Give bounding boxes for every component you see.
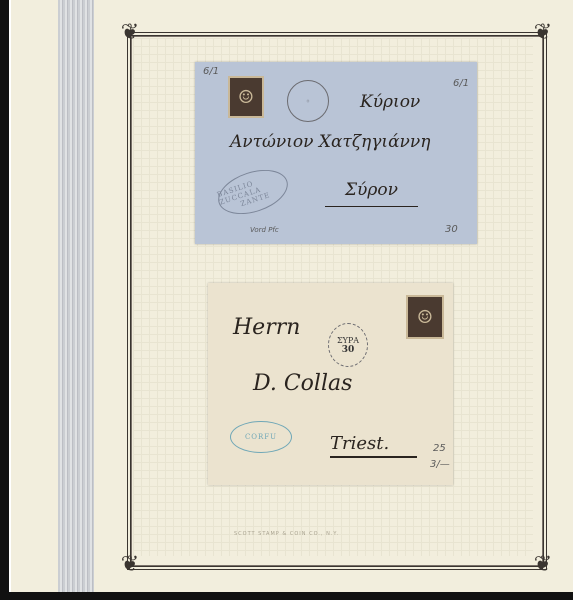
circular-datestamp: ◦ (287, 80, 329, 122)
album-imprint: SCOTT STAMP & COIN CO., N.Y. (0, 531, 573, 537)
binding-ribbon (58, 0, 94, 592)
address-line: Triest. (330, 433, 417, 458)
pencil-note: 3/— (430, 459, 450, 470)
corner-ornament-icon: ❦ (528, 550, 558, 580)
oval-cachet: BASILIO ZUCCALA ZANTE (213, 162, 294, 222)
address-line: Αντώνιον Χατζηγιάννη (230, 132, 430, 152)
address-line: Κύριον (360, 92, 420, 112)
hermes-head-stamp: ☺ (228, 76, 264, 118)
corner-ornament-icon: ❦ (115, 550, 145, 580)
corner-ornament-icon: ❦ (528, 18, 558, 48)
pencil-note: Vord Pfc (250, 226, 279, 234)
cancel-text: 30 (342, 345, 355, 355)
pencil-note: 6/1 (453, 78, 469, 89)
oval-cachet: CORFU (230, 421, 292, 453)
corner-ornament-icon: ❦ (115, 18, 145, 48)
address-line: Σύρον (325, 180, 418, 207)
pencil-note: 25 (433, 443, 446, 454)
hermes-head-stamp: ☺ (406, 295, 444, 339)
cachet-text: CORFU (245, 433, 277, 441)
circular-datestamp: ΣΥΡΑ 30 (328, 323, 368, 367)
pencil-note: 6/1 (203, 66, 219, 77)
address-line: Herrn (233, 315, 300, 340)
cover-syros-to-trieste: ☺ ΣΥΡΑ 30 Herrn D. Collas Triest. CORFU … (208, 283, 453, 485)
address-line: D. Collas (253, 371, 352, 396)
pencil-note: 30 (445, 224, 458, 235)
cancel-text: ΣΥΡΑ (337, 336, 359, 345)
cover-zante-to-syros: 6/1 6/1 ☺ ◦ Κύριον Αντώνιον Χατζηγιάννη … (195, 62, 477, 244)
